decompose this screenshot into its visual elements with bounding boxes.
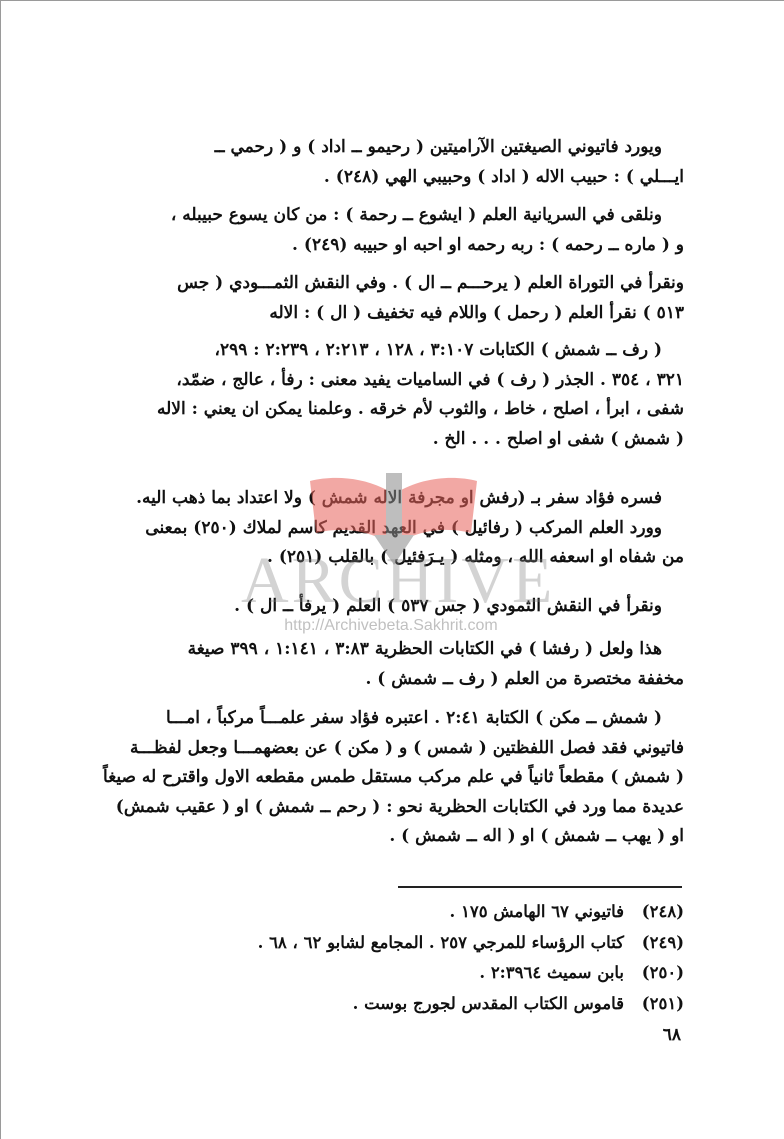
text-line: ٣٢١ ، ٣٥٤ . الجذر ( رف ) في الساميات يفي…	[96, 366, 684, 396]
text-line: مخففة مختصرة من العلم ( رف ــ شمش ) .	[96, 665, 684, 695]
paragraph-7: هذا ولعل ( رفشا ) في الكتابات الحظرية ٣:…	[96, 635, 684, 694]
footnote-number: (٢٤٨)	[642, 902, 684, 921]
footnote-item: (٢٤٩) كتاب الرؤساء للمرجي ٢٥٧ . المجامع …	[151, 928, 684, 959]
text-line: ( رف ــ شمش ) الكتابات ٣:١٠٧ ، ١٢٨ ، ٢:٢…	[96, 336, 684, 366]
text-line: او ( يهب ــ شمش ) او ( اله ــ شمش ) .	[96, 822, 684, 852]
text-line: ونقرأ في التوراة العلم ( يرحـــم ــ ال )…	[96, 269, 684, 299]
footnote-number: (٢٤٩)	[642, 933, 684, 952]
paragraph-3: ونقرأ في التوراة العلم ( يرحـــم ــ ال )…	[96, 269, 684, 328]
text-line: هذا ولعل ( رفشا ) في الكتابات الحظرية ٣:…	[96, 635, 684, 665]
paragraph-6: ونقرأ في النقش الثمودي ( جس ٥٣٧ ) العلم …	[96, 592, 684, 622]
paragraph-5: فسره فؤاد سفر بـ (رفش او مجرفة الاله شمش…	[96, 484, 684, 573]
footnote-text: فاتيوني ٦٧ الهامش ١٧٥ .	[449, 902, 624, 921]
text-line: ونلقى في السريانية العلم ( ايشوع ــ رحمة…	[96, 201, 684, 231]
footnote-item: (٢٥٠) بابن سميث ٢:٣٩٦٤ .	[151, 958, 684, 989]
paragraph-2: ونلقى في السريانية العلم ( ايشوع ــ رحمة…	[96, 201, 684, 260]
page-number: ٦٨	[641, 1025, 681, 1045]
footnote-item: (٢٥١) قاموس الكتاب المقدس لجورج بوست .	[151, 989, 684, 1020]
text-line: ( شمش ــ مكن ) الكتابة ٢:٤١ . اعتبره فؤا…	[96, 704, 684, 734]
footnote-text: قاموس الكتاب المقدس لجورج بوست .	[353, 994, 624, 1013]
text-line: ( شمش ) شفى او اصلح . . . الخ .	[96, 425, 684, 455]
text-line: من شفاه او اسعفه الله ، ومثله ( يـرَفئيل…	[96, 543, 684, 573]
footnote-text: بابن سميث ٢:٣٩٦٤ .	[479, 963, 624, 982]
footnote-divider	[398, 886, 682, 888]
paragraph-1: ويورد فاتيوني الصيغتين الآراميتين ( رحيم…	[96, 133, 684, 192]
text-line: شفى ، ابرأ ، اصلح ، خاط ، والثوب لأم خرق…	[96, 395, 684, 425]
text-line: ( شمش ) مقطعاً ثانياً في علم مركب مستقل …	[96, 763, 684, 793]
footnotes-list: (٢٤٨) فاتيوني ٦٧ الهامش ١٧٥ . (٢٤٩) كتاب…	[151, 897, 684, 1019]
text-line: و ( ماره ــ رحمه ) : ربه رحمه او احبه او…	[96, 231, 684, 261]
footnote-text: كتاب الرؤساء للمرجي ٢٥٧ . المجامع لشابو …	[258, 933, 624, 952]
paragraph-4: ( رف ــ شمش ) الكتابات ٣:١٠٧ ، ١٢٨ ، ٢:٢…	[96, 336, 684, 454]
text-line: عديدة مما ورد في الكتابات الحظرية نحو : …	[96, 793, 684, 823]
text-line: ايـــلي ) : حبيب الاله ( اداد ) وحبيبي ا…	[96, 163, 684, 193]
paragraph-8: ( شمش ــ مكن ) الكتابة ٢:٤١ . اعتبره فؤا…	[96, 704, 684, 852]
footnote-number: (٢٥٠)	[642, 963, 684, 982]
text-line: ويورد فاتيوني الصيغتين الآراميتين ( رحيم…	[96, 133, 684, 163]
text-line: وورد العلم المركب ( رفائيل ) في العهد ال…	[96, 514, 684, 544]
footnote-number: (٢٥١)	[642, 994, 684, 1013]
text-line: ونقرأ في النقش الثمودي ( جس ٥٣٧ ) العلم …	[96, 592, 684, 622]
text-line: فسره فؤاد سفر بـ (رفش او مجرفة الاله شمش…	[96, 484, 684, 514]
text-line: فاتيوني فقد فصل اللفظتين ( شمس ) و ( مكن…	[96, 734, 684, 764]
text-line: ٥١٣ ) نقرأ العلم ( رحمل ) واللام فيه تخف…	[96, 299, 684, 329]
footnote-item: (٢٤٨) فاتيوني ٦٧ الهامش ١٧٥ .	[151, 897, 684, 928]
scanned-page: ويورد فاتيوني الصيغتين الآراميتين ( رحيم…	[0, 0, 784, 1139]
